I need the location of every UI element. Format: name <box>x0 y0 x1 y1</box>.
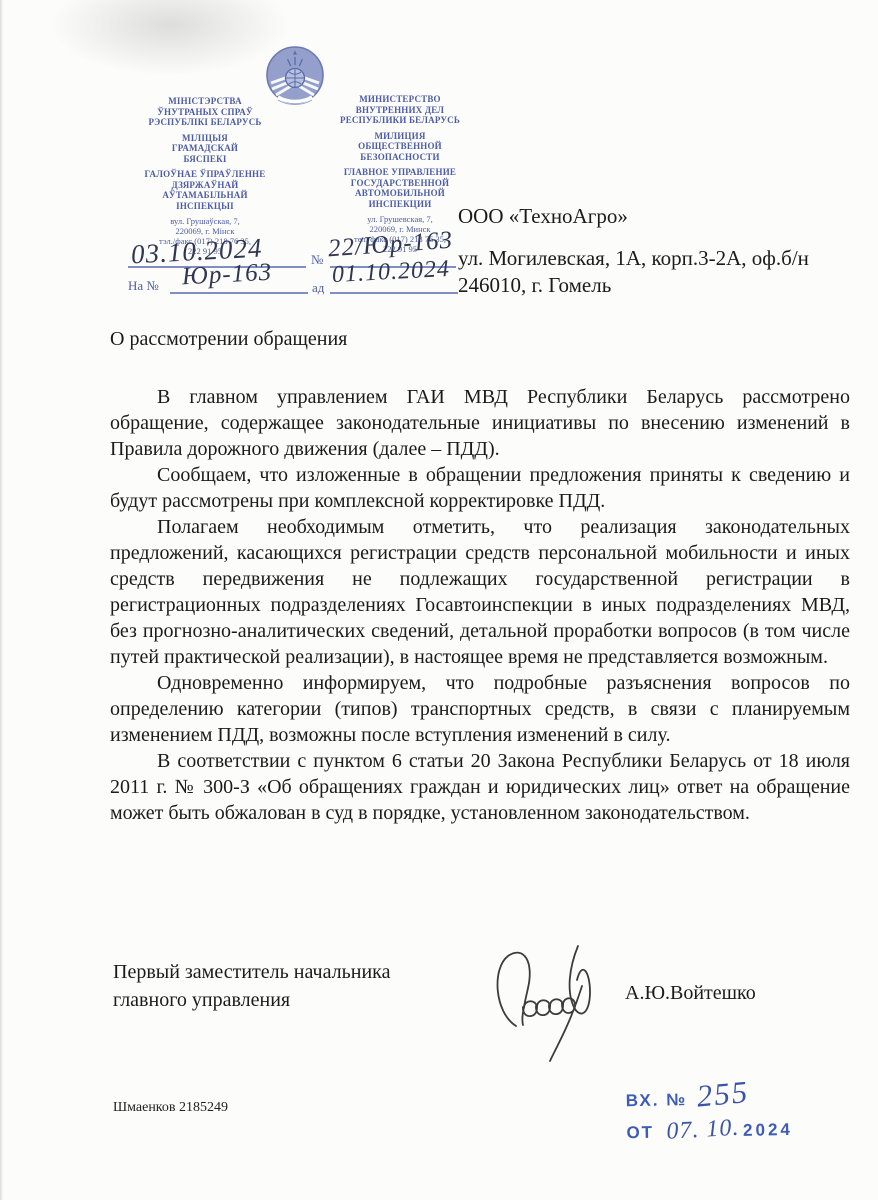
subject-line: О рассмотрении обращения <box>110 328 347 351</box>
reply-number-label: На № <box>128 278 159 294</box>
reply-date-underline <box>330 292 458 294</box>
signer-position-line2: главного управления <box>113 986 390 1014</box>
letterhead-line: ГЛАВНОЕ УПРАВЛЕНИЕ <box>312 167 488 178</box>
letterhead-line: РЕСПУБЛИКИ БЕЛАРУСЬ <box>312 115 488 126</box>
incoming-stamp: ВХ. № 255 ОТ 07. 10. 2024 <box>625 1074 846 1146</box>
recipient-address-line1: ул. Могилевская, 1А, корп.3-2А, оф.б/н <box>458 245 809 272</box>
stamp-date-label: ОТ <box>626 1123 654 1144</box>
outgoing-number-label: № <box>311 252 323 268</box>
letterhead-line: ОБЩЕСТВЕННОЙ <box>312 141 488 152</box>
scan-shadow-artifact <box>40 0 300 80</box>
letterhead-line: РЭСПУБЛІКІ БЕЛАРУСЬ <box>117 117 293 128</box>
reply-date-handwritten: 01.10.2024 <box>331 256 450 289</box>
letterhead-line: ГОСУДАРСТВЕННОЙ <box>312 178 488 189</box>
letterhead-line: ГАЛОЎНАЕ ЎПРАЎЛЕННЕ <box>117 169 293 180</box>
reply-date-label: ад <box>312 280 324 296</box>
signer-position-line1: Первый заместитель начальника <box>113 958 390 986</box>
body-paragraph: В главном управлением ГАИ МВД Республики… <box>110 384 850 462</box>
recipient-block: ООО «ТехноАгро» ул. Могилевская, 1А, кор… <box>458 203 809 299</box>
letterhead-line: МИЛИЦИЯ <box>312 131 488 142</box>
body-paragraph: Полагаем необходимым отметить, что реали… <box>110 514 850 670</box>
letterhead-line: ГРАМАДСКАЙ <box>117 143 293 154</box>
stamp-date-handwritten: 07. 10. <box>665 1115 739 1146</box>
stamp-incoming-number-handwritten: 255 <box>696 1074 752 1115</box>
letterhead-address-line: вул. Грушаўская, 7, <box>117 216 293 226</box>
signer-name: А.Ю.Войтешко <box>625 982 756 1005</box>
recipient-name: ООО «ТехноАгро» <box>458 203 809 230</box>
letterhead-line: ДЗЯРЖАЎНАЙ <box>117 180 293 191</box>
letterhead-line: ЎНУТРАНЫХ СПРАЎ <box>117 107 293 118</box>
letterhead-line: АВТОМОБИЛЬНОЙ <box>312 188 488 199</box>
signer-position: Первый заместитель начальника главного у… <box>113 958 390 1014</box>
recipient-address-line2: 246010, г. Гомель <box>458 272 809 299</box>
reply-number-handwritten: Юр-163 <box>181 259 272 292</box>
body-paragraph: В соответствии с пунктом 6 статьи 20 Зак… <box>110 748 850 826</box>
letterhead-line: МІЛІЦЫЯ <box>117 133 293 144</box>
body-paragraph: Сообщаем, что изложенные в обращении пре… <box>110 462 850 514</box>
letterhead-line: АЎТАМАБІЛЬНАЙ <box>117 190 293 201</box>
letterhead-line: ВНУТРЕННИХ ДЕЛ <box>312 105 488 116</box>
letter-body: В главном управлением ГАИ МВД Республики… <box>110 384 850 826</box>
stamp-incoming-number-label: ВХ. № <box>626 1090 688 1111</box>
letterhead-line: МИНИСТЕРСТВО <box>312 94 488 105</box>
letterhead-line: МІНІСТЭРСТВА <box>117 96 293 107</box>
scanned-letter-page: МІНІСТЭРСТВА ЎНУТРАНЫХ СПРАЎ РЭСПУБЛІКІ … <box>0 0 878 1200</box>
body-paragraph: Одновременно информируем, что подробные … <box>110 670 850 748</box>
letterhead-line: БЯСПЕКІ <box>117 154 293 165</box>
executor-reference: Шмаенков 2185249 <box>113 1100 228 1116</box>
handwritten-signature-icon <box>486 928 611 1063</box>
stamp-year: 2024 <box>743 1120 793 1141</box>
reply-number-underline <box>170 292 308 294</box>
scan-edge-artifact <box>0 0 3 1200</box>
letterhead-line: БЕЗОПАСНОСТИ <box>312 152 488 163</box>
letterhead-line: ІНСПЕКЦЫІ <box>117 201 293 212</box>
